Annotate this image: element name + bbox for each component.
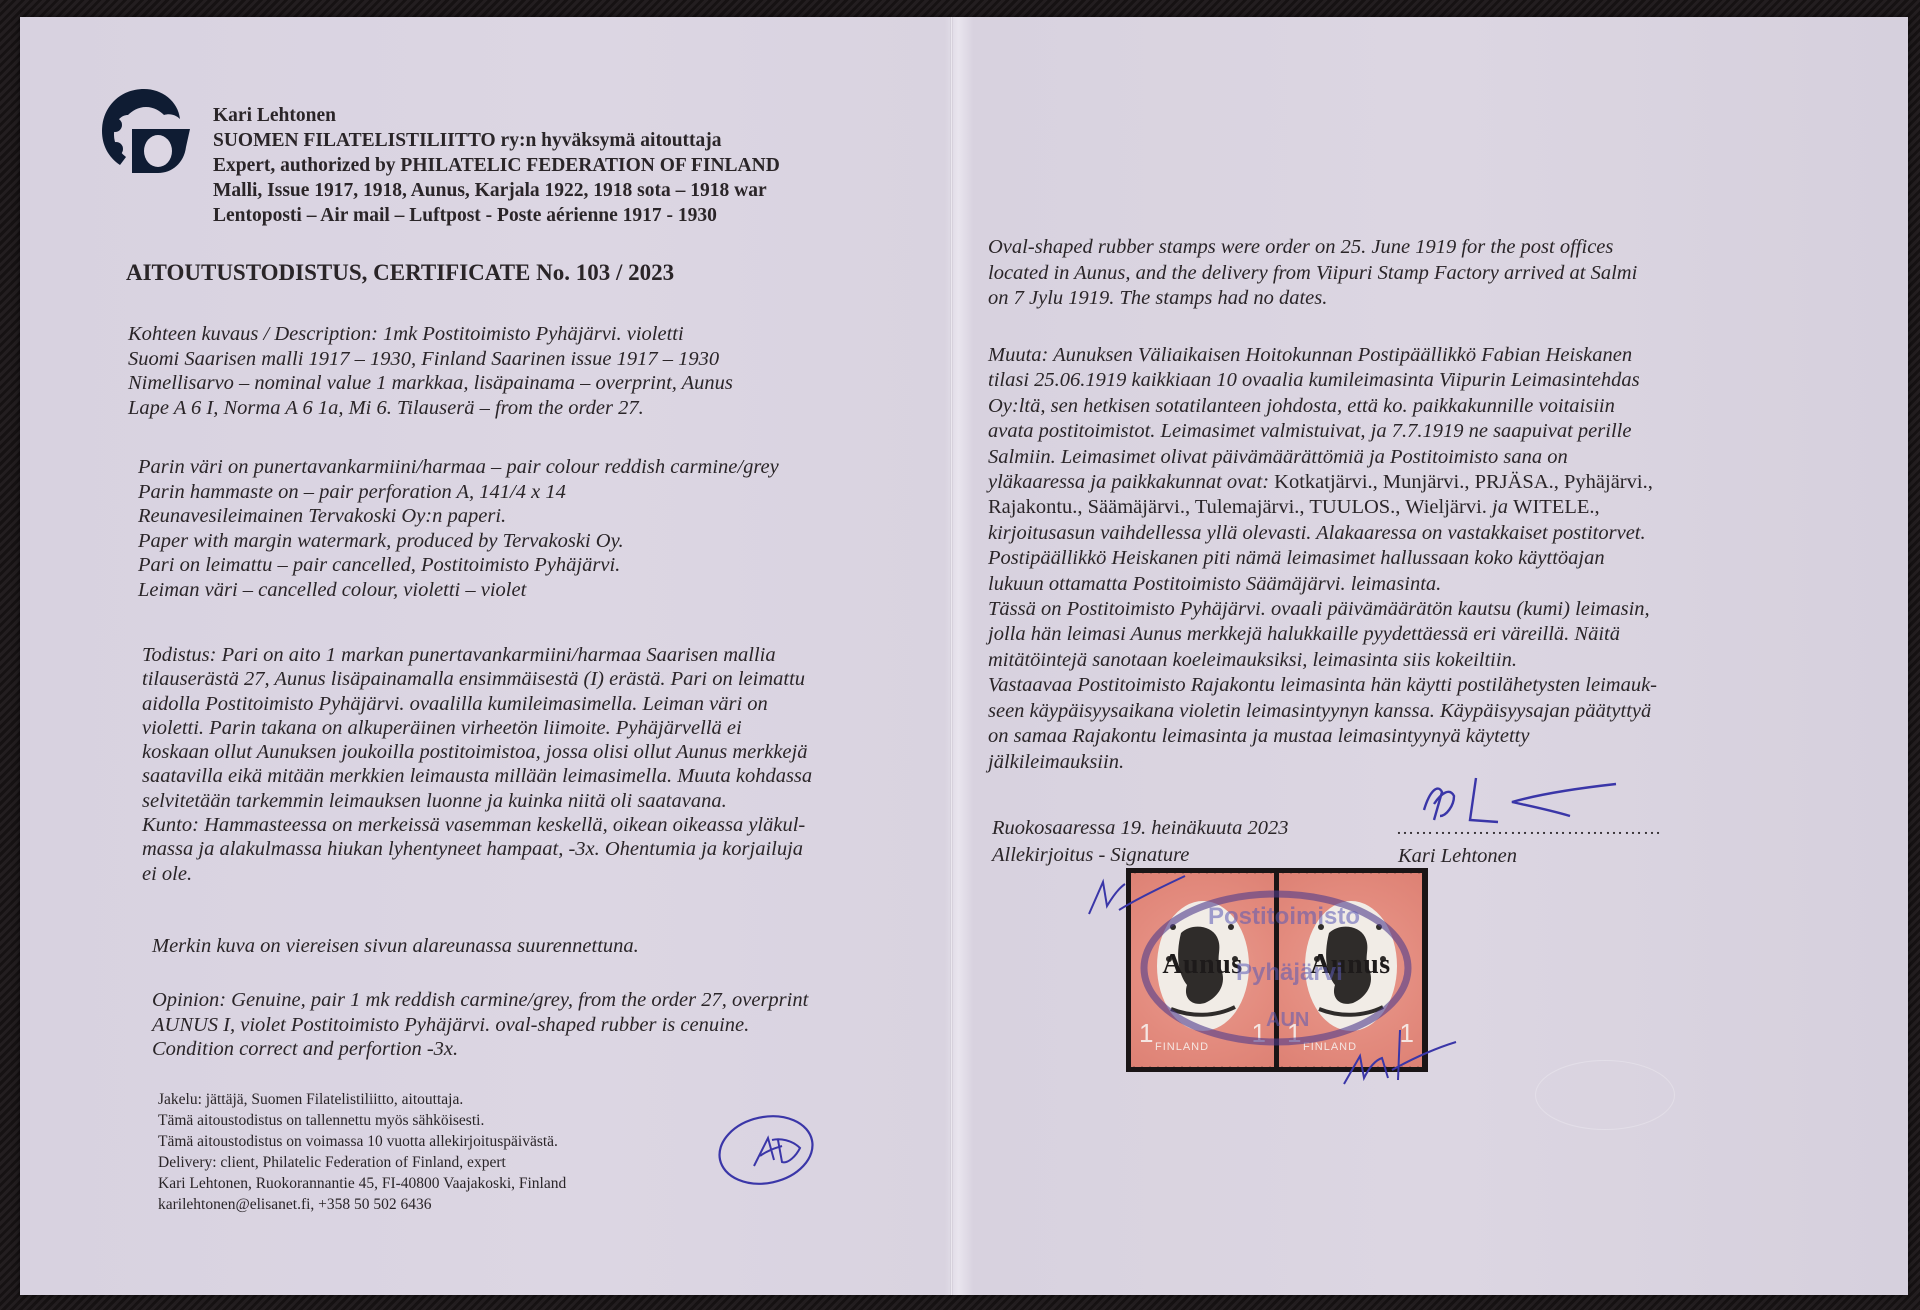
footer-line: Kari Lehtonen, Ruokorannantie 45, FI-408… <box>158 1173 566 1194</box>
statement-line: aidolla Postitoimisto Pyhäjärvi. ovaalil… <box>142 692 812 716</box>
muuta-line: mitätöintejä sanotaan koeleimauksiksi, l… <box>988 648 1657 673</box>
footer-line: Tämä aitoustodistus on voimassa 10 vuott… <box>158 1131 566 1152</box>
property-line: Leiman väri – cancelled colour, violetti… <box>138 578 779 603</box>
english-note-block: Oval-shaped rubber stamps were order on … <box>988 235 1637 312</box>
condition-line: Kunto: Hammasteessa on merkeissä vasemma… <box>142 813 812 837</box>
muuta-line: lukuun ottamatta Postitoimisto Säämäjärv… <box>988 572 1657 597</box>
footer-line: Jakelu: jättäjä, Suomen Filatelistiliitt… <box>158 1089 566 1110</box>
certificate-title: AITOUTUSTODISTUS, CERTIFICATE No. 103 / … <box>126 260 674 286</box>
description-line: Lape A 6 I, Norma A 6 1a, Mi 6. Tilauser… <box>128 396 733 421</box>
header-line-issues: Malli, Issue 1917, 1918, Aunus, Karjala … <box>213 178 780 203</box>
stamp-country: FINLAND <box>1155 1041 1209 1053</box>
muuta-line: Salmiin. Leimasimet olivat päivämäärättö… <box>988 445 1657 470</box>
muuta-line: seen käypäisyysaikana violetin leimasint… <box>988 699 1657 724</box>
footer-line: Tämä aitoustodistus on tallennettu myös … <box>158 1110 566 1131</box>
expert-signature-icon <box>1420 770 1620 830</box>
muuta-line: avata postitoimistot. Leimasimet valmist… <box>988 419 1657 444</box>
stamp-signature-bottom-icon <box>1340 1020 1460 1090</box>
property-line: Pari on leimattu – pair cancelled, Posti… <box>138 553 779 578</box>
contact-line: karilehtonen@elisanet.fi, +358 50 502 64… <box>158 1194 566 1215</box>
places-list: Kotkatjärvi., Munjärvi., PRJÄSA., Pyhäjä… <box>1274 471 1653 493</box>
signer-name: Kari Lehtonen <box>1398 844 1517 869</box>
statement-line: selvitetään tarkemmin leimauksen luonne … <box>142 789 812 813</box>
property-line: Parin väri on punertavankarmiini/harmaa … <box>138 455 779 480</box>
header-line-airmail: Lentoposti – Air mail – Luftpost - Poste… <box>213 203 780 228</box>
description-line: Nimellisarvo – nominal value 1 markkaa, … <box>128 371 733 396</box>
muuta-line: Muuta: Aunuksen Väliaikaisen Hoitokunnan… <box>988 343 1657 368</box>
places-line: Rajakontu., Säämäjärvi., Tulemajärvi., T… <box>988 495 1657 520</box>
opinion-line: Condition correct and perfortion -3x. <box>152 1037 808 1062</box>
places-intro: yläkaaressa ja paikkakunnat ovat: <box>988 471 1274 493</box>
embossed-seal <box>1535 1060 1675 1130</box>
condition-line: massa ja alakulmassa hiukan lyhentyneet … <box>142 837 812 861</box>
expert-header: Kari Lehtonen SUOMEN FILATELISTILIITTO r… <box>213 103 780 228</box>
opinion-block: Opinion: Genuine, pair 1 mk reddish carm… <box>152 988 808 1062</box>
description-line: Kohteen kuvaus / Description: 1mk Postit… <box>128 322 733 347</box>
muuta-line: Tässä on Postitoimisto Pyhäjärvi. ovaali… <box>988 597 1657 622</box>
distribution-footer: Jakelu: jättäjä, Suomen Filatelistiliitt… <box>158 1089 566 1215</box>
statement-line: tilauserästä 27, Aunus lisäpainamalla en… <box>142 667 812 691</box>
property-line: Parin hammaste on – pair perforation A, … <box>138 480 779 505</box>
signature-label: Allekirjoitus - Signature <box>992 842 1288 869</box>
place-date: Ruokosaaressa 19. heinäkuuta 2023 <box>992 815 1288 842</box>
opinion-line: AUNUS I, violet Postitoimisto Pyhäjärvi.… <box>152 1013 808 1038</box>
properties-block: Parin väri on punertavankarmiini/harmaa … <box>138 455 779 603</box>
statement-line: saatavilla eikä mitään merkkien leimaust… <box>142 764 812 788</box>
property-line: Reunavesileimainen Tervakoski Oy:n paper… <box>138 504 779 529</box>
stamp-signature-top-icon <box>1085 870 1195 920</box>
property-line: Paper with margin watermark, produced by… <box>138 529 779 554</box>
note-line: Oval-shaped rubber stamps were order on … <box>988 235 1637 261</box>
places-line: yläkaaressa ja paikkakunnat ovat: Kotkat… <box>988 470 1657 495</box>
muuta-line: Vastaavaa Postitoimisto Rajakontu leimas… <box>988 673 1657 698</box>
muuta-line: kirjoitusasun vaihdellessa yllä olevasti… <box>988 521 1657 546</box>
places-conjunction: ja <box>1492 496 1513 518</box>
muuta-line: tilasi 25.06.1919 kaikkiaan 10 ovaalia k… <box>988 368 1657 393</box>
note-line: on 7 Jylu 1919. The stamps had no dates. <box>988 286 1637 312</box>
aunus-overprint: Aunus <box>1131 949 1274 981</box>
aunus-overprint: Aunus <box>1279 949 1422 981</box>
description-block: Kohteen kuvaus / Description: 1mk Postit… <box>128 322 733 420</box>
image-note: Merkin kuva on viereisen sivun alareunas… <box>152 934 639 959</box>
header-line-authorization: Expert, authorized by PHILATELIC FEDERAT… <box>213 153 780 178</box>
condition-line: ei ole. <box>142 862 812 886</box>
signature-block: Ruokosaaressa 19. heinäkuuta 2023 Alleki… <box>992 815 1288 869</box>
header-line-federation: SUOMEN FILATELISTILIITTO ry:n hyväksymä … <box>213 128 780 153</box>
places-list: Rajakontu., Säämäjärvi., Tulemajärvi., T… <box>988 496 1492 518</box>
statement-block: Todistus: Pari on aito 1 markan punertav… <box>142 643 812 886</box>
description-line: Suomi Saarisen malli 1917 – 1930, Finlan… <box>128 347 733 372</box>
statement-line: Todistus: Pari on aito 1 markan punertav… <box>142 643 812 667</box>
philatelic-federation-logo-icon <box>98 85 190 175</box>
muuta-line: on samaa Rajakontu leimasinta ja mustaa … <box>988 724 1657 749</box>
muuta-line: Oy:ltä, sen hetkisen sotatilanteen johdo… <box>988 394 1657 419</box>
muuta-line: jolla hän leimasi Aunus merkkejä halukka… <box>988 622 1657 647</box>
muuta-line: Postipäällikkö Heiskanen piti nämä leima… <box>988 546 1657 571</box>
places-list: WITELE., <box>1513 496 1600 518</box>
stamp-value: 1 <box>1287 1018 1301 1049</box>
initials-signature-icon <box>712 1110 822 1190</box>
stamp-value: 1 <box>1139 1018 1153 1049</box>
stamp-value: 1 <box>1252 1018 1266 1049</box>
muuta-block: Muuta: Aunuksen Väliaikaisen Hoitokunnan… <box>988 343 1657 775</box>
statement-line: violetti. Parin takana on alkuperäinen v… <box>142 716 812 740</box>
note-line: located in Aunus, and the delivery from … <box>988 261 1637 287</box>
opinion-line: Opinion: Genuine, pair 1 mk reddish carm… <box>152 988 808 1013</box>
page-fold <box>950 17 953 1295</box>
footer-line: Delivery: client, Philatelic Federation … <box>158 1152 566 1173</box>
statement-line: koskaan ollut Aunuksen joukoilla postito… <box>142 740 812 764</box>
expert-name: Kari Lehtonen <box>213 103 780 128</box>
